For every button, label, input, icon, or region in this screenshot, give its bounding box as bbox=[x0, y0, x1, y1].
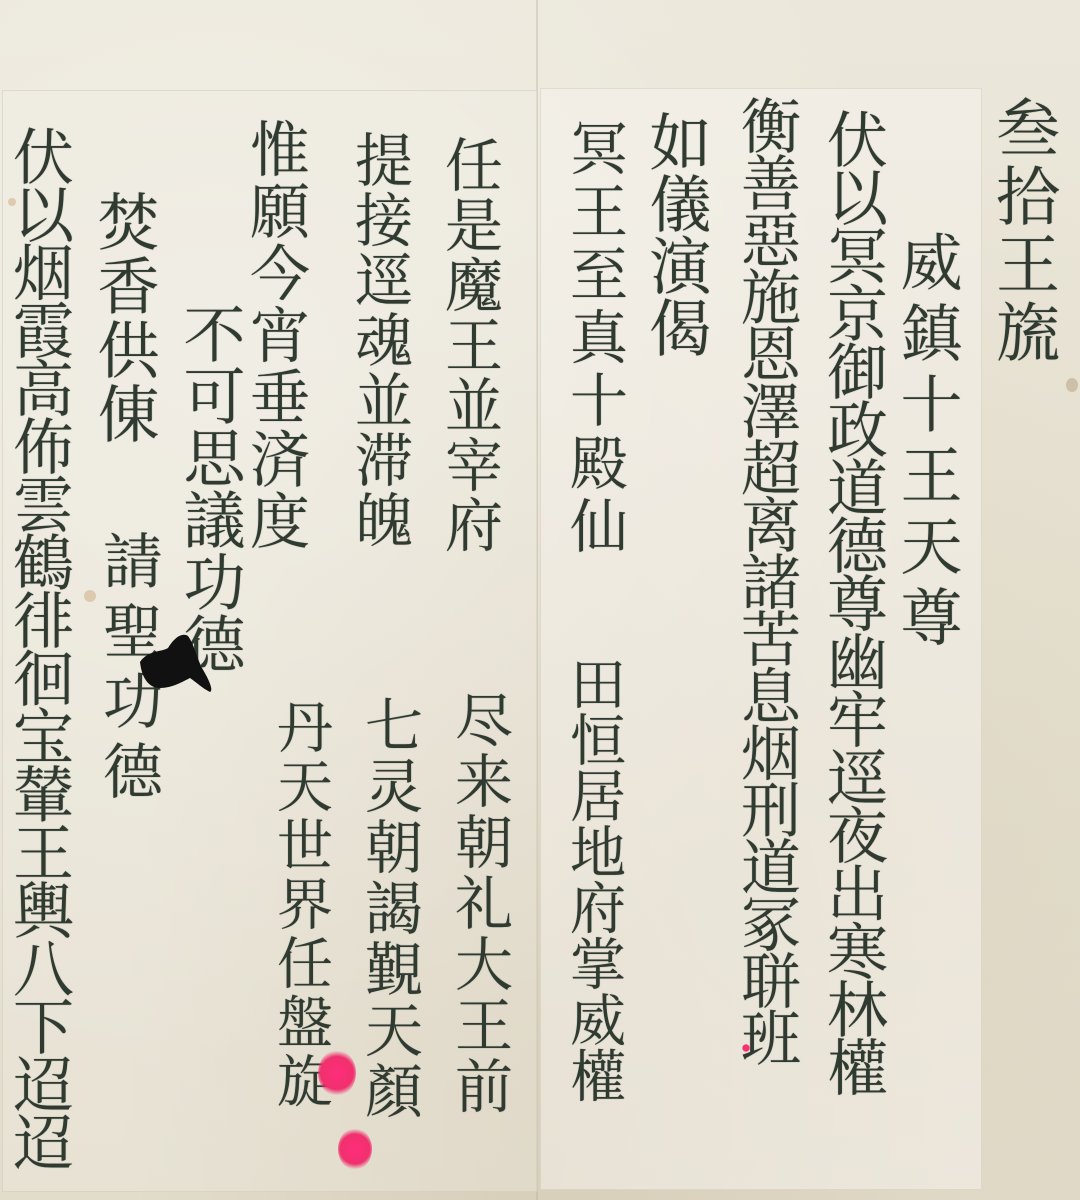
paper-stain bbox=[84, 590, 96, 602]
column-5: 如儀演偈 bbox=[644, 110, 706, 358]
column-8-upper: 提接逕魂並滞魄 bbox=[350, 130, 408, 550]
paper-stain bbox=[1066, 378, 1078, 392]
column-title: 叁拾王旒 bbox=[990, 95, 1054, 367]
column-6-upper: 冥王至真十殿仙 bbox=[565, 118, 623, 559]
column-12: 伏以烟霞高佈雲鶴徘徊宝輦王輿八下迢迢 bbox=[8, 125, 69, 1169]
column-9-lower: 丹天世界任盤旋 bbox=[272, 698, 328, 1111]
column-8-lower: 七灵朝謁覲天顏 bbox=[360, 695, 418, 1122]
column-4: 衡善惡施恩澤超离諸苦息烟刑道冢聠班 bbox=[736, 95, 796, 1064]
column-11-upper: 焚香供倲 bbox=[92, 190, 154, 446]
paper-stain bbox=[8, 198, 16, 206]
column-7-lower: 尽来朝礼大王前 bbox=[450, 690, 508, 1117]
red-seal-mark bbox=[338, 1128, 372, 1170]
column-6-lower: 田恒居地府掌威權 bbox=[565, 655, 621, 1103]
column-7-upper: 任是魔王並宰府 bbox=[440, 135, 498, 555]
red-speck bbox=[742, 1044, 750, 1052]
red-seal-mark bbox=[318, 1050, 356, 1096]
ink-blot bbox=[138, 632, 214, 694]
column-2: 威鎮十王天尊 bbox=[895, 230, 957, 656]
manuscript-page: 叁拾王旒 威鎮十王天尊 伏以冥京御政道德尊幽牢逕夜出寒林權 衡善惡施恩澤超离諸苦… bbox=[0, 0, 1080, 1200]
column-3: 伏以冥京御政道德尊幽牢逕夜出寒林權 bbox=[822, 108, 883, 1094]
column-9-upper: 惟願今宵垂済度 bbox=[245, 118, 305, 552]
column-10: 不可思議功德 bbox=[178, 302, 240, 674]
